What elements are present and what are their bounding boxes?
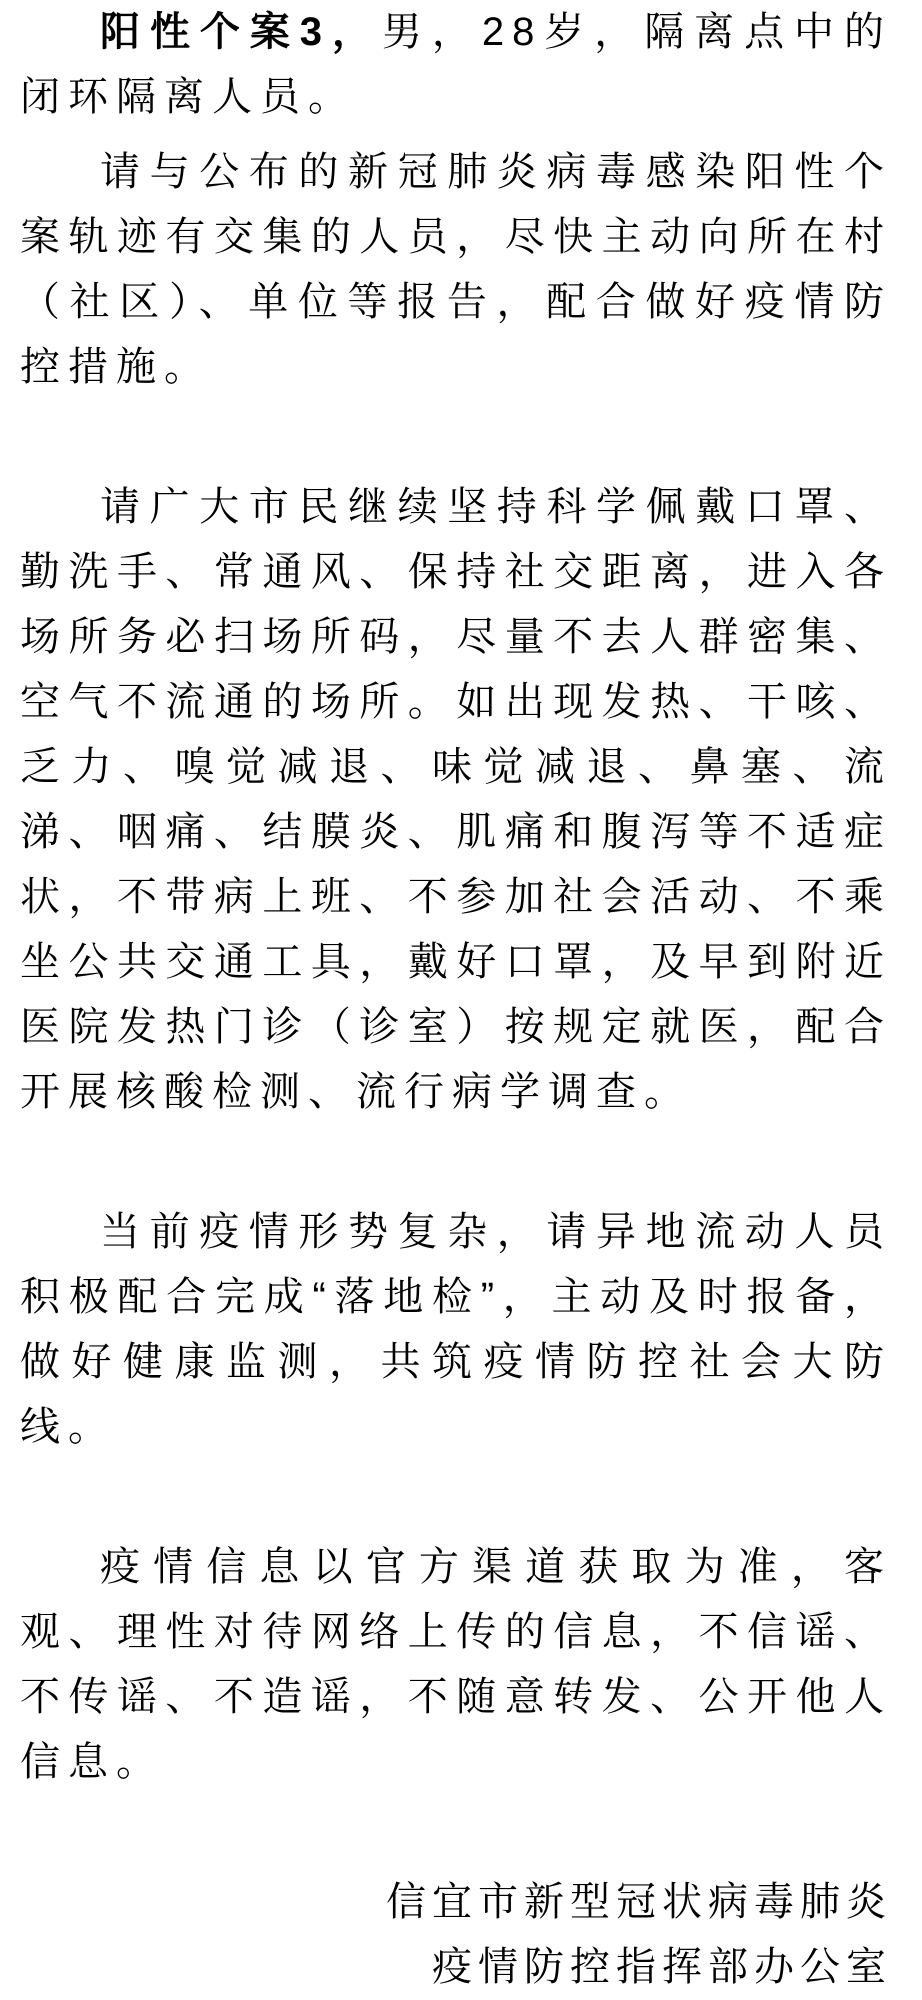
paragraph-prevention-advice: 请广大市民继续坚持科学佩戴口罩、勤洗手、常通风、保持社交距离，进入各场所务必扫场… [20, 475, 892, 1125]
paragraph-official-info: 疫情信息以官方渠道获取为准，客观、理性对待网络上传的信息，不信谣、不传谣、不造谣… [20, 1535, 892, 1795]
signature-line-1: 信宜市新型冠状病毒肺炎 [20, 1870, 892, 1935]
notice-document: 阳性个案3，男，28岁，隔离点中的闭环隔离人员。 请与公布的新冠肺炎病毒感染阳性… [0, 0, 922, 2000]
case-label-bold: 阳性个案3， [100, 10, 382, 54]
signature-line-2: 疫情防控指挥部办公室 [20, 1935, 892, 2000]
paragraph-travel-check: 当前疫情形势复杂，请异地流动人员积极配合完成“落地检”，主动及时报备，做好健康监… [20, 1200, 892, 1460]
paragraph-case-info: 阳性个案3，男，28岁，隔离点中的闭环隔离人员。 [20, 0, 892, 130]
paragraph-report-request: 请与公布的新冠肺炎病毒感染阳性个案轨迹有交集的人员，尽快主动向所在村（社区）、单… [20, 140, 892, 400]
signature-block: 信宜市新型冠状病毒肺炎 疫情防控指挥部办公室 [20, 1870, 892, 2000]
